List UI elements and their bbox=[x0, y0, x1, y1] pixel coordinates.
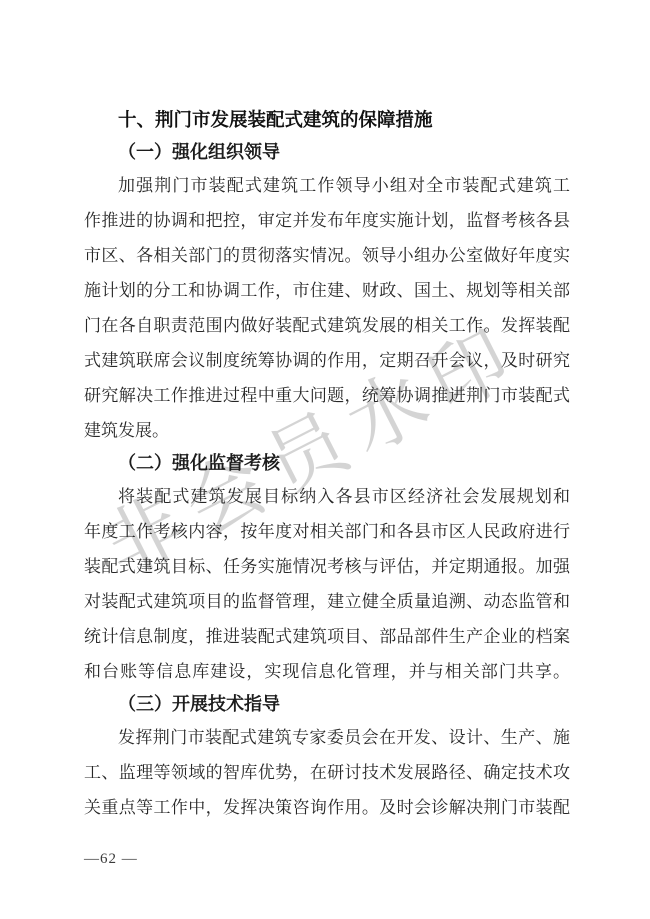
paragraph-line: 装配式建筑目标、任务实施情况考核与评估，并定期通报。加强 bbox=[84, 549, 570, 584]
paragraph-line: 研究解决工作推进过程中重大问题，统筹协调推进荆门市装配式 bbox=[84, 378, 570, 413]
paragraph-line: 建筑发展。 bbox=[84, 413, 570, 448]
paragraph-line: 年度工作考核内容，按年度对相关部门和各县市区人民政府进行 bbox=[84, 514, 570, 549]
paragraph-line: 对装配式建筑项目的监督管理，建立健全质量追溯、动态监管和 bbox=[84, 584, 570, 619]
paragraph-line: 市区、各相关部门的贯彻落实情况。领导小组办公室做好年度实 bbox=[84, 238, 570, 273]
paragraph-line: 式建筑联席会议制度统筹协调的作用，定期召开会议，及时研究 bbox=[84, 343, 570, 378]
page-number: —62 — bbox=[84, 850, 138, 868]
paragraph-line: 和台账等信息库建设，实现信息化管理，并与相关部门共享。 bbox=[84, 654, 570, 689]
paragraph-line: 工、监理等领域的智库优势，在研讨技术发展路径、确定技术攻 bbox=[84, 755, 570, 790]
section-2-heading: （二）强化监督考核 bbox=[84, 448, 570, 479]
document-title: 十、荆门市发展装配式建筑的保障措施 bbox=[84, 100, 570, 137]
paragraph-line: 发挥荆门市装配式建筑专家委员会在开发、设计、生产、施 bbox=[84, 720, 570, 755]
paragraph-line: 将装配式建筑发展目标纳入各县市区经济社会发展规划和 bbox=[84, 479, 570, 514]
section-3-heading: （三）开展技术指导 bbox=[84, 689, 570, 720]
document-page: 非会员水印 十、荆门市发展装配式建筑的保障措施 （一）强化组织领导 加强荆门市装… bbox=[0, 0, 650, 919]
section-1-heading: （一）强化组织领导 bbox=[84, 137, 570, 168]
paragraph-line: 加强荆门市装配式建筑工作领导小组对全市装配式建筑工 bbox=[84, 168, 570, 203]
paragraph-line: 门在各自职责范围内做好装配式建筑发展的相关工作。发挥装配 bbox=[84, 308, 570, 343]
paragraph-line: 施计划的分工和协调工作，市住建、财政、国土、规划等相关部 bbox=[84, 273, 570, 308]
paragraph-line: 作推进的协调和把控，审定并发布年度实施计划，监督考核各县 bbox=[84, 203, 570, 238]
document-content: 十、荆门市发展装配式建筑的保障措施 （一）强化组织领导 加强荆门市装配式建筑工作… bbox=[84, 100, 570, 825]
paragraph-line: 关重点等工作中，发挥决策咨询作用。及时会诊解决荆门市装配 bbox=[84, 790, 570, 825]
paragraph-line: 统计信息制度，推进装配式建筑项目、部品部件生产企业的档案 bbox=[84, 619, 570, 654]
